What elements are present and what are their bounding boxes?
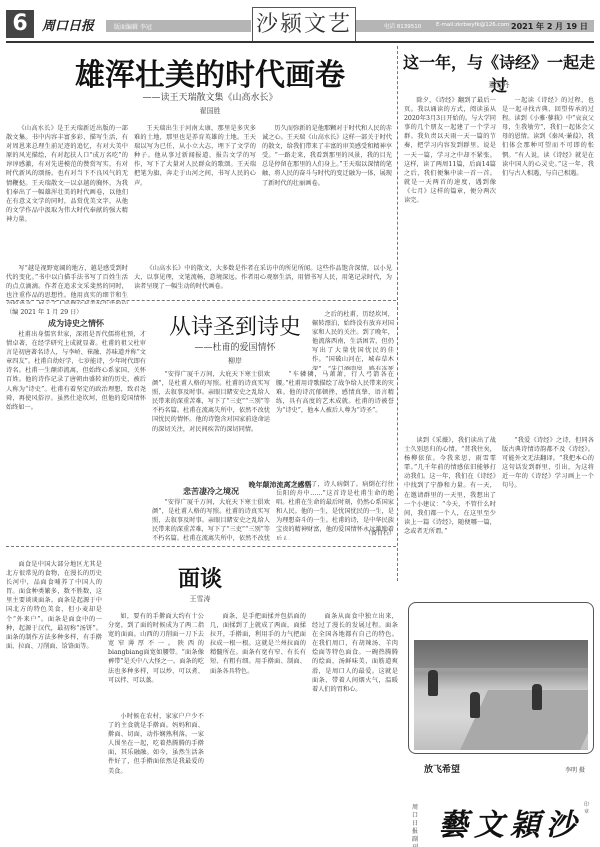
- article3-author: 柳岸: [165, 356, 305, 366]
- article4-author: 王雪涛: [140, 594, 260, 604]
- brand-calligraphy: 周口日报副刊 藝文穎沙 印章: [412, 796, 592, 842]
- section-divider: [6, 300, 396, 301]
- section-title: 沙颍文艺: [252, 7, 356, 41]
- article1-subtitle: ——读王天瑞散文集《山高水长》: [60, 90, 360, 103]
- editor-info: 版面编辑 李冠: [114, 22, 152, 31]
- article1-col3: 历久而弥新的是他那颗对于时代和人民的赤诚之心。王天瑞《山高水长》这样一部关于时代…: [262, 124, 392, 264]
- brand-title: 藝文穎沙: [438, 800, 582, 844]
- photo-trees: [414, 640, 588, 668]
- article2-col3: 读到《采薇》，我们读出了战士久别思归的心情。“昔我往矣，杨柳依依。今我来思，雨雪…: [404, 436, 496, 566]
- article3-col1: 杜甫出身儒官世家，深祖是晋代儒将杜预，才情卓著，在经学研究上成就显著。杜甫的祖父…: [6, 330, 146, 540]
- brand-small-text: 周口日报副刊: [412, 804, 420, 847]
- article4-col5: 面条从面食中独立出来，经过了漫长的发展过程。面条在全国各地都有自己的特色。在我们…: [312, 612, 398, 842]
- article3-col3: “车辚辚，马萧萧，行人弓箭各在腰。”杜甫用诗歌描绘了战争给人民带来的灾难。他的诗…: [276, 370, 394, 480]
- article4-col1: 面食是中国大部分地区尤其是北方很常见的食物，在漫长的历史长河中，品面食哺养了中国…: [6, 560, 102, 842]
- article1-col1: 《山高水长》是王天瑞新近出版的一部散文集。书中内容丰富多彩，描写生活，有对周恩来…: [6, 124, 128, 264]
- paper-name: 周口日报: [42, 15, 94, 34]
- article3-title: 从诗圣到诗史: [160, 310, 310, 341]
- article1-author: 翟国胜: [60, 106, 360, 116]
- article3-col4: 之后的杜甫，历经坎坷，辗转漂泊，始终没有放弃对国家和人民的关注。到了晚年，他流落…: [312, 310, 394, 370]
- photo-child-3: [532, 684, 542, 710]
- article4-title: 面谈: [140, 562, 260, 593]
- contact-email: E-mail:zkrbwyfk@126.com: [436, 22, 509, 28]
- article3-subtitle: ——杜甫的爱国情怀: [165, 340, 305, 353]
- article3-col6: “安得广厦千万间，大庇天下寒士俱欢颜”，是杜甫人格的写照。杜甫的诗真实写照，去叙…: [152, 498, 270, 542]
- article4-col4: 面条，是手把面揉并包括面的几，面揉到了上就成了两面，面揉拉开，手擀面，利用手的力…: [210, 612, 306, 842]
- section-divider-2: [6, 546, 396, 547]
- masthead-rule: [6, 41, 594, 43]
- photo-child-2: [470, 692, 480, 718]
- contact-phone: 电话 8139510: [384, 22, 421, 30]
- article2-author: 董雪丹: [402, 80, 596, 90]
- masthead: 6 周口日报 版面编辑 李冠 沙颍文艺 电话 8139510 E-mail:zk…: [6, 6, 594, 44]
- photo-caption: 放飞希望: [424, 762, 460, 775]
- article1-col4: 写“越是视野宽阔的地方，越是感受到时代的变化。”书中以白描手法书写了百姓生活的点…: [6, 264, 128, 304]
- article3-col2: “安得广厦千万间，大庇天下寒士俱欢颜”，是杜甫人格的写照。杜甫的诗真实写照，去叙…: [152, 370, 270, 480]
- article3-sidebar-title: 成为诗史之情怀: [6, 318, 146, 329]
- page-number: 6: [6, 10, 34, 38]
- article2-col2: 一起读《诗经》的过程，也是一起寻找古典、回望传承的过程。读到《小雅·蓼莪》中“哀…: [502, 96, 594, 436]
- column-divider: [397, 46, 398, 581]
- article1-col2: 王天瑞出生于河南太康，那里是多灾多难的土地，那里也是养育英雄的土地。王天瑞以写为…: [134, 124, 256, 264]
- issue-date: 2021 年 2 月 19 日: [511, 21, 588, 32]
- article2-col1: 除夕，《诗经》翻到了最后一页。我以诵读的方式，阅读虽从2020年3月3日开始的。…: [404, 96, 496, 436]
- article1-title: 雄浑壮美的时代画卷: [60, 50, 360, 94]
- article4-col3: 小时候在农村，家家户户少不了的主食就是手擀面。妈妈和面、擀面、切面，动作娴熟利落…: [108, 712, 204, 842]
- article2-col4: “我爱《诗经》之诗，但同各版古典诗情诗韵都不及《诗经》。可能外文无法翻译。“我把…: [502, 436, 594, 566]
- brand-seal: 印章: [584, 802, 590, 816]
- photo-child-1: [428, 670, 438, 696]
- article1-col5: 《山高水长》中的散文，大多数是作者在采访中的所见所闻。这些作品饱含深情，以小见大…: [134, 264, 392, 304]
- photo-credit: 李明 摄: [565, 765, 585, 774]
- article3-signature: （备自石）: [365, 528, 395, 537]
- photo-kite-children: [414, 640, 588, 750]
